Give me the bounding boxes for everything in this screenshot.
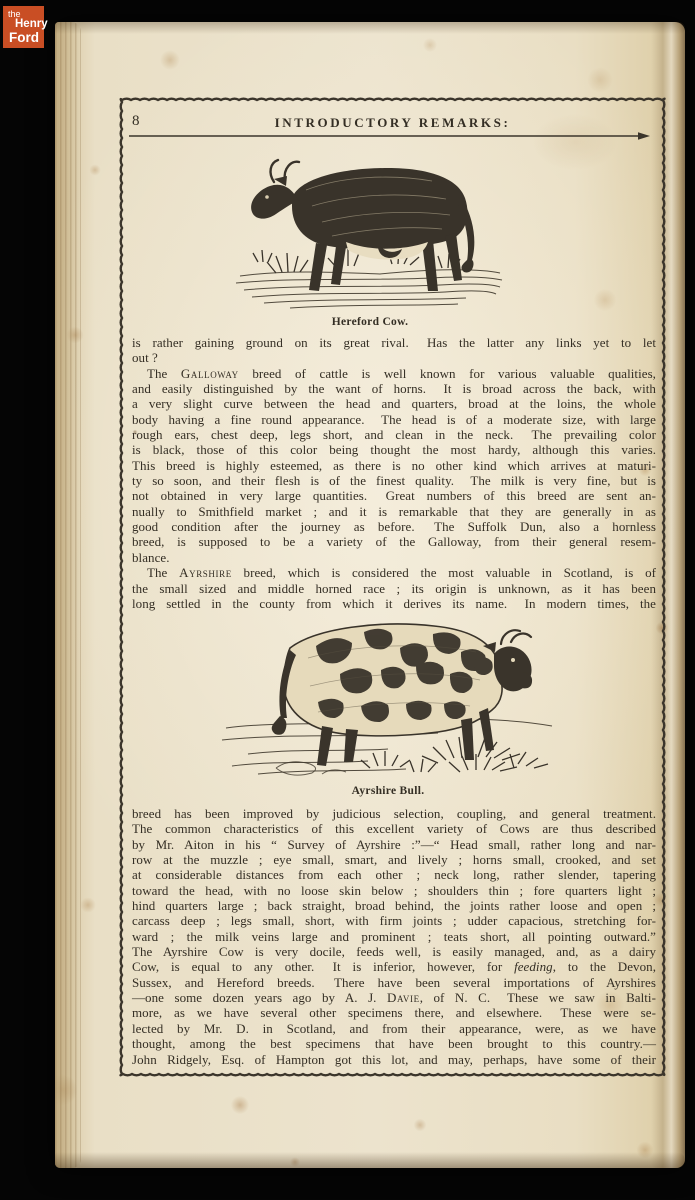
text-line: out ? [132, 350, 656, 365]
text-line: is rather gaining ground on its great ri… [132, 335, 656, 350]
text-line: The common characteristics of this excel… [132, 821, 656, 836]
stones [276, 762, 346, 775]
text-line: ty so soon, and their flesh is of the fi… [132, 473, 656, 488]
text-line: breed, is supposed to be a variety of th… [132, 534, 656, 549]
text-line: nually to Smithfield market ; and it is … [132, 504, 656, 519]
bull-figure [272, 624, 532, 766]
text-line: —one some dozen years ago by A. J. Davie… [132, 990, 656, 1005]
text-line: body having a fine round appearance. The… [132, 412, 656, 427]
text-line: and easily distinguished by the want of … [132, 381, 656, 396]
ground-hatching [236, 270, 502, 308]
text-line: blance. [132, 550, 656, 565]
text-line: at considerable distances from each othe… [132, 867, 656, 882]
cow-silhouette [251, 160, 474, 291]
text-line: John Ridgely, Esq. of Hampton got this l… [132, 1052, 656, 1067]
body-text-block-2: breed has been improved by judicious sel… [132, 806, 656, 1067]
page-bottom-shadow [55, 1152, 685, 1168]
hereford-caption: Hereford Cow. [220, 316, 520, 328]
hereford-cow-engraving [230, 150, 510, 314]
text-line: not obtained in very large quantities. G… [132, 488, 656, 503]
book-page-scan: 8 INTRODUCTORY REMARKS: [55, 22, 685, 1168]
henry-ford-logo: the Henry Ford [3, 6, 44, 48]
text-line: Cow, is equal to any other. It is inferi… [132, 959, 656, 974]
text-line: carcass deep ; legs small, short, with f… [132, 913, 656, 928]
text-line: breed has been improved by judicious sel… [132, 806, 656, 821]
grass-tufts [361, 736, 548, 772]
running-head: INTRODUCTORY REMARKS: [122, 115, 663, 131]
text-line: a very slight curve between the head and… [132, 396, 656, 411]
screenshot-root: the Henry Ford 8 INTRODUCTORY REMARKS: [0, 0, 695, 1200]
text-line: toward the head, with no loose skin belo… [132, 883, 656, 898]
text-line: is black, those of this color being thou… [132, 442, 656, 457]
text-line: The Galloway breed of cattle is well kno… [132, 366, 656, 381]
text-line: hind quarters large ; back straight, bro… [132, 898, 656, 913]
ayrshire-caption: Ayrshire Bull. [213, 785, 563, 797]
logo-henry-text: Henry [15, 19, 48, 31]
text-line: thought, among the best specimens that h… [132, 1036, 656, 1051]
text-line: Sussex, and Hereford breeds. There have … [132, 975, 656, 990]
page-top-shadow [55, 22, 685, 34]
text-line: the small sized and middle horned race ;… [132, 581, 656, 596]
text-line: row at the muzzle ; eye small, smart, an… [132, 852, 656, 867]
ayrshire-figure: Ayrshire Bull. [213, 608, 563, 797]
text-line: more, as we have several other specimens… [132, 1005, 656, 1020]
header-rule [129, 132, 650, 140]
page-stack-edges [55, 22, 81, 1168]
text-line: lected by Mr. D. in Scotland, and from t… [132, 1021, 656, 1036]
text-line: by Mr. Aiton in his “ Survey of Ayrshire… [132, 837, 656, 852]
ayrshire-bull-engraving [218, 608, 558, 783]
logo-ford-text: Ford [9, 31, 39, 45]
text-line: This breed is highly esteemed, as there … [132, 458, 656, 473]
text-line: The Ayrshire breed, which is considered … [132, 565, 656, 580]
rule-arrow-tip [638, 132, 650, 140]
text-line: The Ayrshire Cow is very docile, feeds w… [132, 944, 656, 959]
hereford-figure: Hereford Cow. [220, 150, 520, 328]
text-line: good condition after the journey as befo… [132, 519, 656, 534]
text-line: ward ; the milk veins large and prominen… [132, 929, 656, 944]
body-text-block-1: is rather gaining ground on its great ri… [132, 335, 656, 611]
text-line: rough ears, chest deep, legs short, and … [132, 427, 656, 442]
